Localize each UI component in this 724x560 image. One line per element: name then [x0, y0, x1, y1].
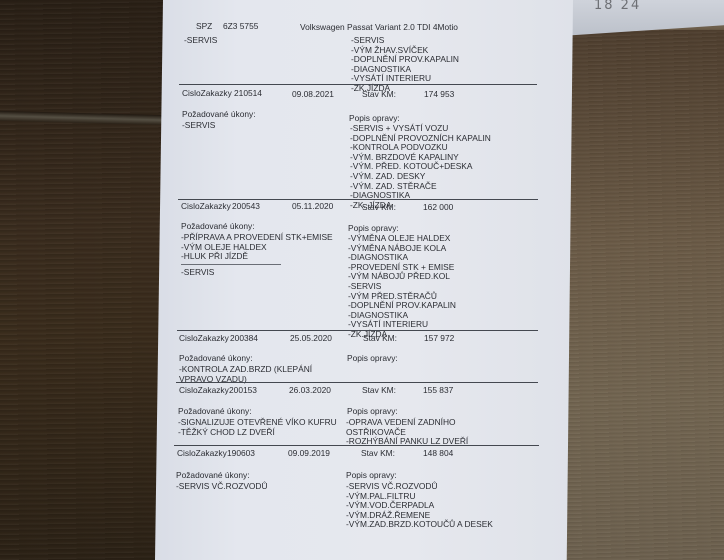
order-number: 200543	[232, 202, 260, 212]
spz-value: 6Z3 5755	[223, 22, 258, 32]
mileage-value: 174 953	[424, 90, 454, 100]
requested-label: Požadované úkony:	[176, 471, 250, 481]
requested-label: Požadované úkony:	[178, 407, 252, 417]
order-number-label: CisloZakazky	[179, 334, 229, 344]
vehicle-name: Volkswagen Passat Variant 2.0 TDI 4Motio	[300, 23, 458, 33]
order-number: 200153	[229, 386, 257, 396]
requested-line: -SERVIS	[181, 268, 214, 278]
mileage-value: 157 972	[424, 334, 454, 344]
requested-list: -PŘÍPRAVA A PROVEDENÍ STK+EMISE -VÝM OLE…	[181, 233, 333, 262]
order-number-label: CisloZakazky	[177, 449, 227, 459]
requested-label: Požadované úkony:	[182, 110, 256, 120]
section-divider	[179, 84, 537, 85]
order-number: 190603	[227, 449, 255, 459]
requested-separator	[181, 264, 281, 265]
repairs-list: -SERVIS VČ.ROZVODŮ -VÝM.PAL.FILTRU -VÝM.…	[346, 482, 493, 530]
mileage-label: Stav KM:	[362, 203, 396, 213]
repairs-list: -OPRAVA VEDENÍ ZADNÍHO OSTŘIKOVAČE -ROZH…	[346, 418, 468, 447]
repairs-label: Popis opravy:	[347, 354, 398, 364]
section-divider	[174, 445, 539, 446]
requested-line: -SERVIS	[182, 121, 215, 131]
repair-line: -VÝM.ZAD.BRZD.KOTOUČŮ A DESEK	[346, 520, 493, 530]
mileage-value: 155 837	[423, 386, 453, 396]
order-date: 26.03.2020	[289, 386, 331, 396]
requested-line: -HLUK PŘI JÍZDĚ	[181, 252, 333, 262]
requested-label: Požadované úkony:	[179, 354, 253, 364]
mileage-value: 162 000	[423, 203, 453, 213]
spz-label: SPZ	[196, 22, 212, 32]
requested-line: -SERVIS	[184, 36, 217, 46]
mileage-value: 148 804	[423, 449, 453, 459]
order-date: 09.08.2021	[292, 90, 334, 100]
mileage-label: Stav KM:	[361, 449, 395, 459]
requested-line: -SERVIS VČ.ROZVODŮ	[176, 482, 268, 492]
requested-list: -SIGNALIZUJE OTEVŘENÉ VÍKO KUFRU -TĚŽKÝ …	[178, 418, 337, 437]
repairs-list: -SERVIS + VYSÁTÍ VOZU -DOPLNĚNÍ PROVOZNÍ…	[350, 124, 491, 210]
order-number-label: CisloZakazky	[182, 89, 232, 99]
requested-list-extra: -SERVIS	[181, 268, 214, 278]
service-history-sheet: SPZ 6Z3 5755 Volkswagen Passat Variant 2…	[155, 0, 573, 560]
order-number-label: CisloZakazky	[181, 202, 231, 212]
order-date: 25.05.2020	[290, 334, 332, 344]
order-number: 200384	[230, 334, 258, 344]
requested-line: -TĚŽKÝ CHOD LZ DVEŘÍ	[178, 428, 337, 438]
requested-list: -SERVIS	[182, 121, 215, 131]
section-divider	[177, 330, 538, 331]
handwritten-note: 18 24	[594, 0, 641, 13]
order-number-label: CisloZakazky	[179, 386, 229, 396]
repairs-label: Popis opravy:	[346, 471, 397, 481]
wooden-table-left	[0, 0, 165, 560]
carryover-requested: -SERVIS	[184, 36, 217, 46]
order-date: 09.09.2019	[288, 449, 330, 459]
section-divider	[178, 199, 538, 200]
order-number: 210514	[234, 89, 262, 99]
mileage-label: Stav KM:	[362, 386, 396, 396]
order-date: 05.11.2020	[292, 202, 333, 212]
repairs-list: -VÝMĚNA OLEJE HALDEX -VÝMĚNA NÁBOJE KOLA…	[348, 234, 456, 340]
mileage-label: Stav KM:	[363, 334, 397, 344]
repairs-label: Popis opravy:	[347, 407, 398, 417]
requested-label: Požadované úkony:	[181, 222, 255, 232]
mileage-label: Stav KM:	[362, 90, 396, 100]
section-divider	[176, 382, 538, 383]
wooden-table-right	[566, 30, 724, 560]
requested-list: -SERVIS VČ.ROZVODŮ	[176, 482, 268, 492]
